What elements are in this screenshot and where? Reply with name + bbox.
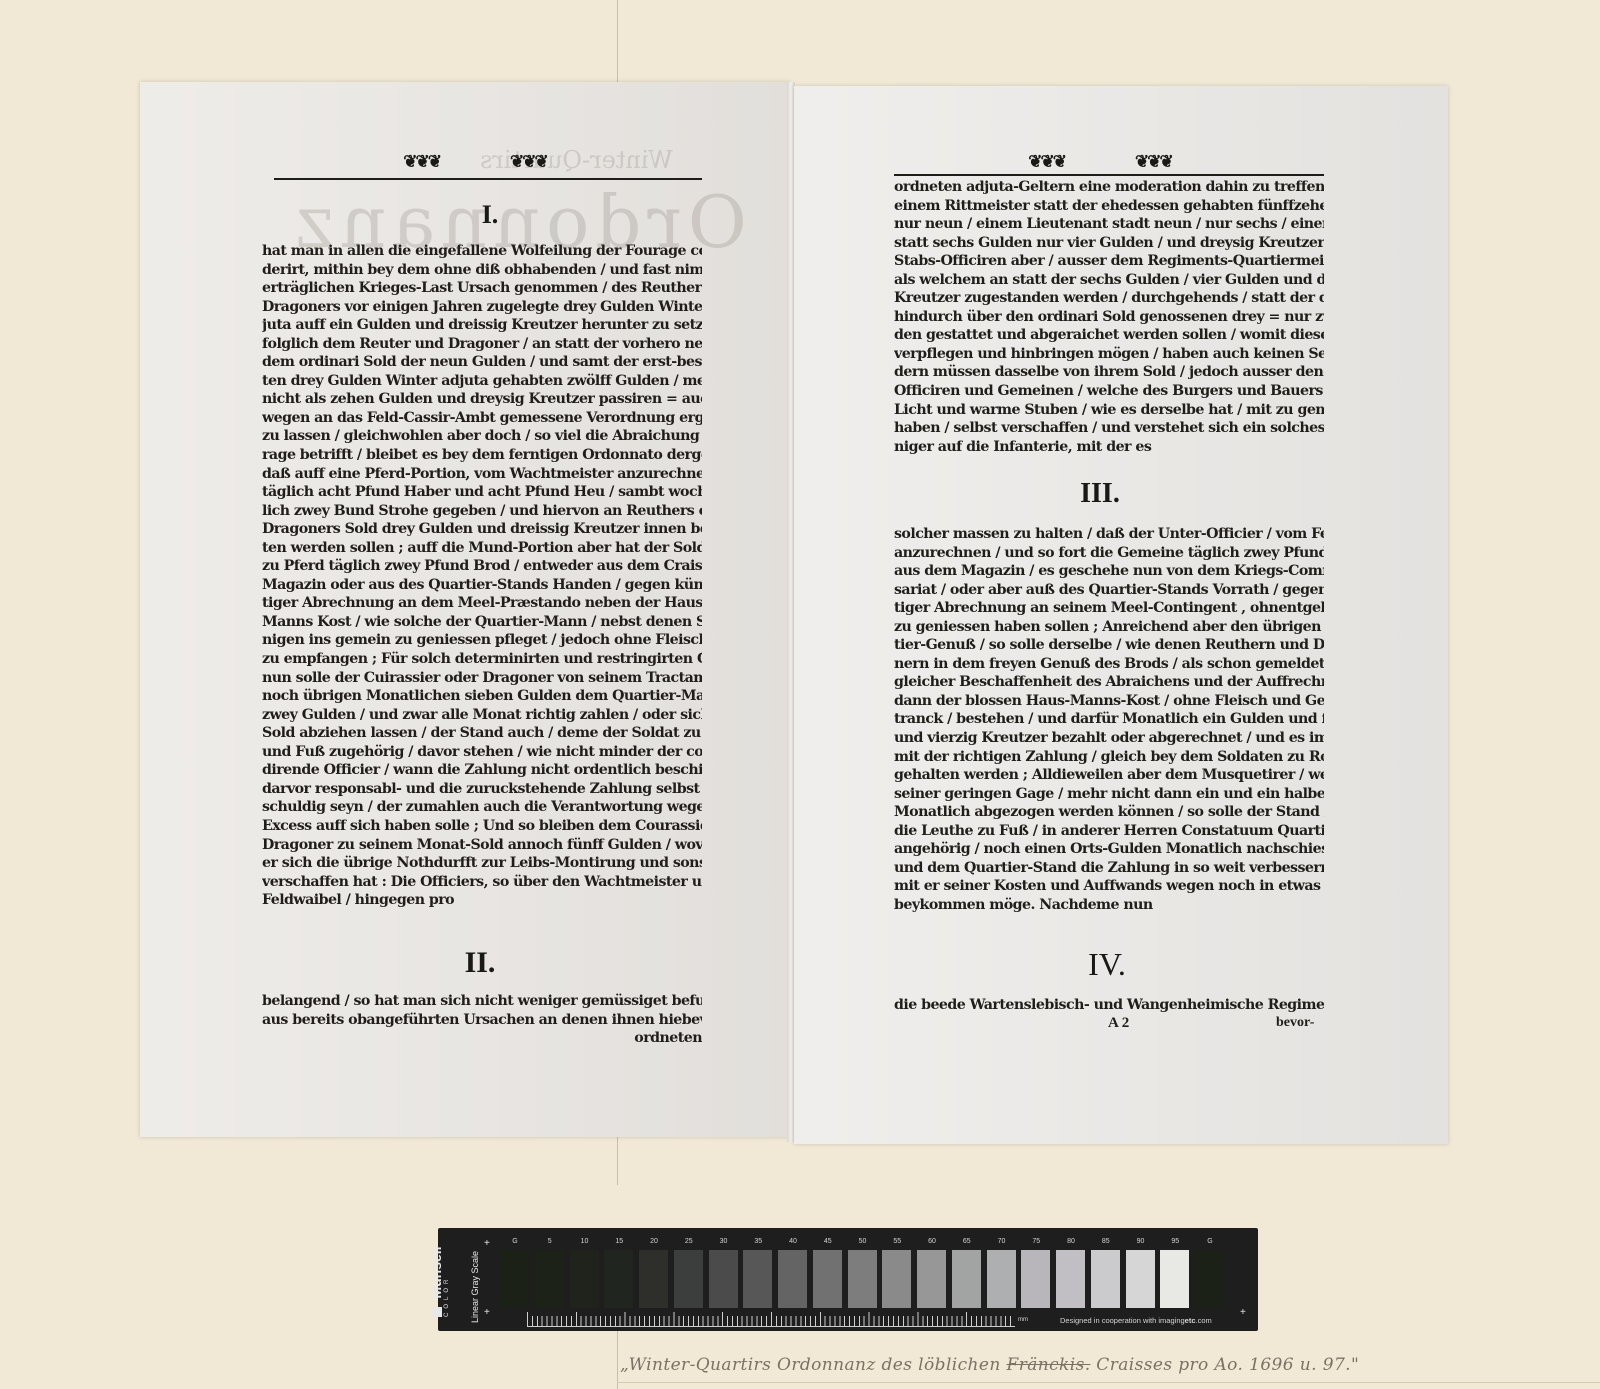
swatch-label: 40 — [778, 1238, 808, 1245]
text-line: und vierzig Kreutzer bezahlt oder abgere… — [894, 729, 1324, 748]
text-line: Manns Kost / wie solche der Quartier-Man… — [262, 613, 702, 632]
swatch-label: 25 — [674, 1238, 704, 1245]
swatch-label: 15 — [604, 1238, 634, 1245]
gray-swatch — [500, 1250, 529, 1308]
text-line: zu lassen / gleichwohlen aber doch / so … — [262, 427, 702, 446]
floral-ornament-icon: ❦❦❦ — [510, 152, 547, 170]
text-line: und dem Quartier-Stand die Zahlung in so… — [894, 859, 1324, 878]
text-line: einem Rittmeister statt der ehedessen ge… — [894, 197, 1324, 216]
swatch-label: 30 — [709, 1238, 739, 1245]
text-line: aus dem Magazin / es geschehe nun von de… — [894, 562, 1324, 581]
left-section-1-text: hat man in allen die eingefallene Wolfei… — [262, 242, 702, 910]
swatch-label: 10 — [570, 1238, 600, 1245]
swatch-label: 90 — [1126, 1238, 1156, 1245]
text-line: mit er seiner Kosten und Auffwands wegen… — [894, 877, 1324, 896]
gray-swatch — [709, 1250, 738, 1308]
left-catchword: ordneten — [262, 1029, 702, 1048]
text-line: tiger Abrechnung an dem Meel-Præstando n… — [262, 594, 702, 613]
swatch-label: 95 — [1160, 1238, 1190, 1245]
gray-swatch — [1056, 1250, 1085, 1308]
text-line: hindurch über den ordinari Sold genossen… — [894, 308, 1324, 327]
text-line: wegen an das Feld-Cassir-Ambt gemessene … — [262, 409, 702, 428]
right-catchword: bevor- — [1276, 1015, 1314, 1031]
swatch-label: 75 — [1021, 1238, 1051, 1245]
text-line: schuldig seyn / der zumahlen auch die Ve… — [262, 798, 702, 817]
gray-swatch — [1195, 1250, 1224, 1308]
right-section-3-text: solcher massen zu halten / daß der Unter… — [894, 525, 1324, 914]
right-header-ornaments: ❦❦❦ ❦❦❦ — [1000, 152, 1200, 170]
swatch-label: 45 — [813, 1238, 843, 1245]
right-section-4-text: die beede Wartenslebisch- und Wangenheim… — [894, 996, 1324, 1015]
page-signature-mark: A 2 — [1108, 1015, 1129, 1032]
card-credit: Designed in cooperation with imagingetc.… — [1060, 1316, 1212, 1325]
gray-swatch — [604, 1250, 633, 1308]
text-line: nur neun / einem Lieutenant stadt neun /… — [894, 215, 1324, 234]
text-line: Officiren und Gemeinen / welche des Burg… — [894, 382, 1324, 401]
text-line: und Fuß zugehörig / davor stehen / wie n… — [262, 743, 702, 762]
text-line: derirt, mithin bey dem ohne diß obhabend… — [262, 261, 702, 280]
text-line: anzurechnen / und so fort die Gemeine tä… — [894, 544, 1324, 563]
text-line: nicht als zehen Gulden und dreysig Kreut… — [262, 390, 702, 409]
section-number-2: II. — [440, 946, 520, 980]
gray-swatch — [917, 1250, 946, 1308]
right-continuation-text: ordneten adjuta-Geltern eine moderation … — [894, 178, 1324, 456]
ruler-unit: mm — [1018, 1317, 1028, 1323]
gray-swatch — [1126, 1250, 1155, 1308]
gray-swatch — [1091, 1250, 1120, 1308]
text-line: niger auf die Infanterie, mit der es — [894, 438, 1324, 457]
floral-ornament-icon: ❦❦❦ — [403, 152, 440, 170]
swatch-label: 35 — [743, 1238, 773, 1245]
text-line: Stabs-Officiren aber / ausser dem Regime… — [894, 252, 1324, 271]
gray-swatch — [570, 1250, 599, 1308]
struck-word: Fränckis. — [1007, 1355, 1091, 1375]
text-line: tranck / bestehen / und darfür Monatlich… — [894, 710, 1324, 729]
section-number-1: I. — [470, 200, 510, 230]
section-number-4: IV. — [1072, 946, 1142, 983]
floral-ornament-icon: ❦❦❦ — [1135, 152, 1172, 170]
gray-swatch — [987, 1250, 1016, 1308]
text-line: Feldwaibel / hingegen pro — [262, 891, 702, 910]
munsell-logo-icon — [432, 1307, 442, 1317]
text-line: die Leuthe zu Fuß / in anderer Herren Co… — [894, 822, 1324, 841]
text-line: ten drey Gulden Winter adjuta gehabten z… — [262, 372, 702, 391]
text-line: hat man in allen die eingefallene Wolfei… — [262, 242, 702, 261]
text-line: Excess auff sich haben solle ; Und so bl… — [262, 817, 702, 836]
text-line: lich zwey Bund Strohe gegeben / und hier… — [262, 502, 702, 521]
text-line: er sich die übrige Nothdurfft zur Leibs-… — [262, 854, 702, 873]
text-line: mit der richtigen Zahlung / gleich bey d… — [894, 748, 1324, 767]
text-line: Dragoner zu seinem Monat-Sold annoch fün… — [262, 836, 702, 855]
swatch-label: 55 — [882, 1238, 912, 1245]
gray-swatch — [1160, 1250, 1189, 1308]
text-line: gehalten werden ; Alldieweilen aber dem … — [894, 766, 1324, 785]
text-line: zu geniessen haben sollen ; Anreichend a… — [894, 618, 1324, 637]
gray-swatch — [535, 1250, 564, 1308]
brand-sub: COLOR — [444, 1246, 450, 1317]
text-line: nern in dem freyen Genuß des Brods / als… — [894, 655, 1324, 674]
swatch-label: 70 — [987, 1238, 1017, 1245]
text-line: den gestattet und abgeraichet werden sol… — [894, 326, 1324, 345]
swatch-label: 80 — [1056, 1238, 1086, 1245]
text-line: nigen ins gemein zu geniessen pfleget / … — [262, 631, 702, 650]
swatch-label: 20 — [639, 1238, 669, 1245]
text-line: zwey Gulden / und zwar alle Monat richti… — [262, 706, 702, 725]
text-line: Magazin oder aus des Quartier-Stands Han… — [262, 576, 702, 595]
swatch-label: 65 — [952, 1238, 982, 1245]
left-header-ornaments: ❦❦❦ ❦❦❦ — [370, 152, 580, 170]
gray-swatch — [743, 1250, 772, 1308]
registration-plus-icon: + — [484, 1307, 490, 1318]
text-line: verpflegen und hinbringen mögen / haben … — [894, 345, 1324, 364]
section-number-3: III. — [1060, 478, 1140, 510]
text-line: noch übrigen Monatlichen sieben Gulden d… — [262, 687, 702, 706]
text-line: aus bereits obangeführten Ursachen an de… — [262, 1011, 702, 1030]
text-line: haben / selbst verschaffen / und versteh… — [894, 419, 1324, 438]
text-line: dirende Officier / wann die Zahlung nich… — [262, 761, 702, 780]
text-line: Dragoners Sold drey Gulden und dreissig … — [262, 520, 702, 539]
text-line: täglich acht Pfund Haber und acht Pfund … — [262, 483, 702, 502]
text-line: Licht und warme Stuben / wie es derselbe… — [894, 401, 1324, 420]
text-line: erträglichen Krieges-Last Ursach genomme… — [262, 279, 702, 298]
text-line: als welchem an statt der sechs Gulden / … — [894, 271, 1324, 290]
text-line: tier-Genuß / so solle derselbe / wie den… — [894, 636, 1324, 655]
swatch-label: 5 — [535, 1238, 565, 1245]
right-header-rule — [894, 174, 1324, 176]
gray-swatch — [882, 1250, 911, 1308]
text-line: tiger Abrechnung an seinem Meel-Continge… — [894, 599, 1324, 618]
text-line: dann der blossen Haus-Manns-Kost / ohne … — [894, 692, 1324, 711]
text-line: daß auff eine Pferd-Portion, vom Wachtme… — [262, 465, 702, 484]
floral-ornament-icon: ❦❦❦ — [1028, 152, 1065, 170]
text-line: ten werden sollen ; auff die Mund-Portio… — [262, 539, 702, 558]
text-line: sariat / oder aber auß des Quartier-Stan… — [894, 581, 1324, 600]
text-line: solcher massen zu halten / daß der Unter… — [894, 525, 1324, 544]
text-line: zu Pferd täglich zwey Pfund Brod / entwe… — [262, 557, 702, 576]
text-line: statt sechs Gulden nur vier Gulden / und… — [894, 234, 1324, 253]
text-line: dem ordinari Sold der neun Gulden / und … — [262, 353, 702, 372]
swatch-label: G — [1195, 1238, 1225, 1245]
swatch-label: G — [500, 1238, 530, 1245]
gray-swatch — [674, 1250, 703, 1308]
text-line: Dragoners vor einigen Jahren zugelegte d… — [262, 298, 702, 317]
mm-ruler — [527, 1316, 1015, 1327]
registration-plus-icon: + — [1240, 1307, 1246, 1318]
handwritten-caption: „Winter-Quartirs Ordonnanz des löblichen… — [620, 1355, 1359, 1375]
mount-board-edge — [617, 1382, 1600, 1383]
text-line: seiner geringen Gage / mehr nicht dann e… — [894, 785, 1324, 804]
gray-swatch — [1021, 1250, 1050, 1308]
registration-plus-icon: + — [484, 1238, 490, 1249]
text-line: Kreutzer zugestanden werden / durchgehen… — [894, 289, 1324, 308]
brand-name: Munsell — [428, 1246, 444, 1298]
text-line: Monatlich abgezogen werden können / so s… — [894, 803, 1324, 822]
left-header-rule — [274, 178, 702, 180]
text-line: die beede Wartenslebisch- und Wangenheim… — [894, 996, 1324, 1015]
gray-swatch — [778, 1250, 807, 1308]
text-line: dern müssen dasselbe von ihrem Sold / je… — [894, 363, 1324, 382]
text-line: angehörig / noch einen Orts-Gulden Monat… — [894, 840, 1324, 859]
swatch-label: 50 — [848, 1238, 878, 1245]
gray-swatch — [952, 1250, 981, 1308]
gray-swatch — [848, 1250, 877, 1308]
swatch-label: 60 — [917, 1238, 947, 1245]
text-line: folglich dem Reuter und Dragoner / an st… — [262, 335, 702, 354]
text-line: gleicher Beschaffenheit des Abraichens u… — [894, 673, 1324, 692]
left-section-2-text: belangend / so hat man sich nicht wenige… — [262, 992, 702, 1029]
text-line: juta auff ein Gulden und dreissig Kreutz… — [262, 316, 702, 335]
text-line: beykommen möge. Nachdeme nun — [894, 896, 1324, 915]
text-line: nun solle der Cuirassier oder Dragoner v… — [262, 669, 702, 688]
text-line: rage betrifft / bleibet es bey dem fernt… — [262, 446, 702, 465]
swatch-label: 85 — [1091, 1238, 1121, 1245]
gray-swatch — [639, 1250, 668, 1308]
gray-swatch — [813, 1250, 842, 1308]
text-line: ordneten adjuta-Geltern eine moderation … — [894, 178, 1324, 197]
text-line: belangend / so hat man sich nicht wenige… — [262, 992, 702, 1011]
text-line: darvor responsabl- und die zuruckstehend… — [262, 780, 702, 799]
text-line: zu empfangen ; Für solch determinirten u… — [262, 650, 702, 669]
text-line: verschaffen hat : Die Officiers, so über… — [262, 873, 702, 892]
text-line: Sold abziehen lassen / der Stand auch / … — [262, 724, 702, 743]
